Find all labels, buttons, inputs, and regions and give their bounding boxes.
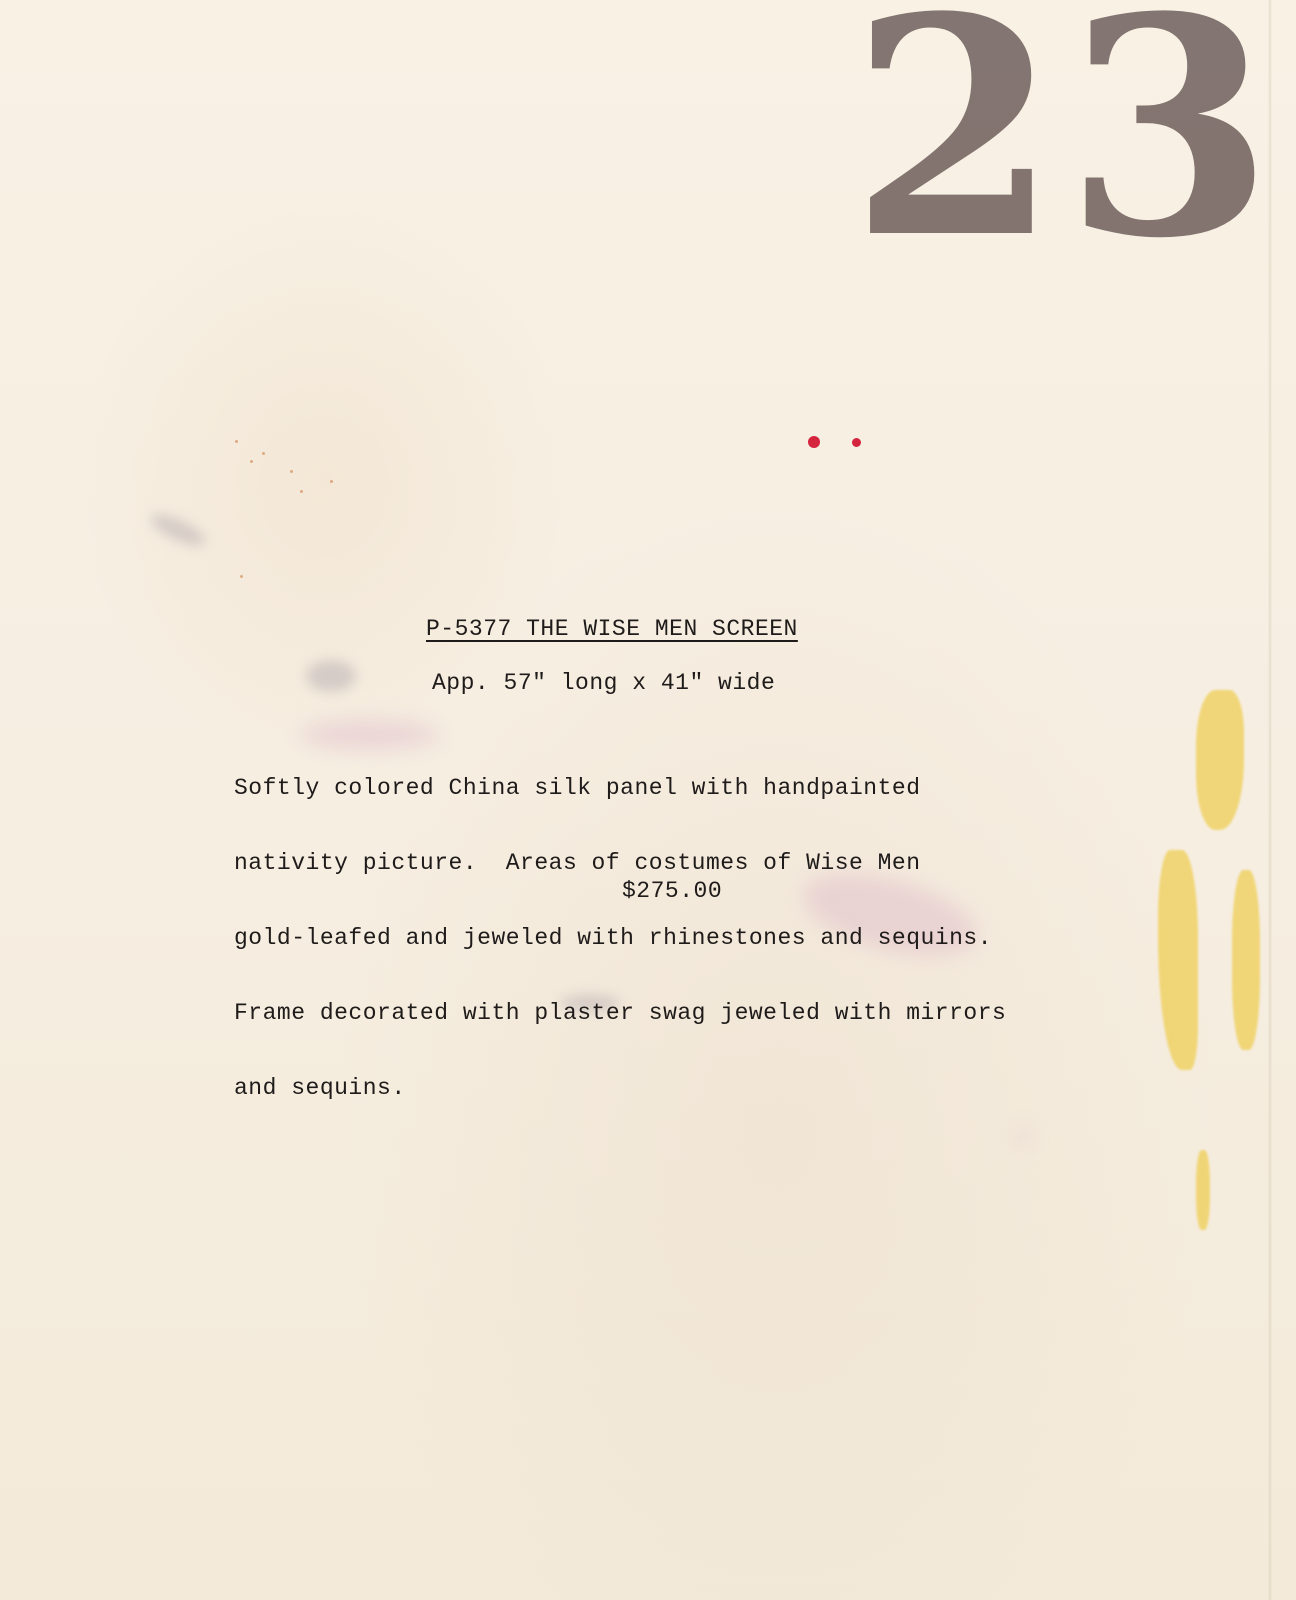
item-dimensions: App. 57" long x 41" wide xyxy=(432,670,775,696)
item-title: P-5377 THE WISE MEN SCREEN xyxy=(426,616,798,642)
rust-stain xyxy=(250,460,253,463)
pink-smudge xyxy=(1016,1130,1030,1144)
red-ink-dot xyxy=(808,436,820,448)
yellow-paint-splash xyxy=(1196,1150,1210,1230)
description-line: and sequins. xyxy=(234,1076,1006,1101)
rust-stain xyxy=(240,575,243,578)
description-line: Frame decorated with plaster swag jewele… xyxy=(234,1001,1006,1026)
red-ink-dot xyxy=(852,438,861,447)
rust-stain xyxy=(290,470,293,473)
rust-stain xyxy=(235,440,238,443)
stamped-page-number: 23 xyxy=(850,0,1279,278)
description-line: gold-leafed and jeweled with rhinestones… xyxy=(234,926,1006,951)
item-description: Softly colored China silk panel with han… xyxy=(234,726,1006,1126)
description-line: Softly colored China silk panel with han… xyxy=(234,776,1006,801)
grey-smudge xyxy=(306,660,356,692)
yellow-paint-splash xyxy=(1196,690,1244,830)
rust-stain xyxy=(300,490,303,493)
item-price: $275.00 xyxy=(622,878,722,904)
description-line: nativity picture. Areas of costumes of W… xyxy=(234,851,1006,876)
yellow-paint-splash xyxy=(1232,870,1260,1050)
rust-stain xyxy=(262,452,265,455)
rust-stain xyxy=(330,480,333,483)
